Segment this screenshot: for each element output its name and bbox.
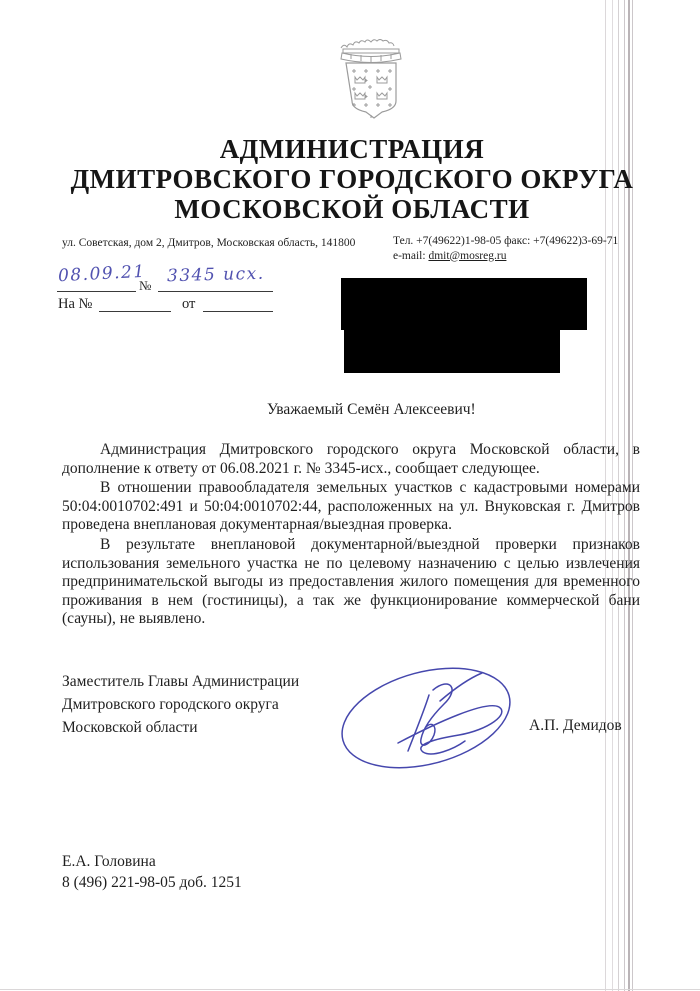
contact-block: Тел. +7(49622)1-98-05 факс: +7(49622)3-6… bbox=[393, 234, 643, 263]
handwritten-outgoing-number: 3345 исх. bbox=[167, 264, 265, 287]
letter-body: Администрация Дмитровского городского ок… bbox=[62, 441, 640, 630]
handwritten-signature bbox=[338, 663, 528, 785]
email-line: e-mail: dmit@mosreg.ru bbox=[393, 249, 643, 264]
in-reply-to-label: На № bbox=[58, 296, 92, 313]
in-reply-from-label: от bbox=[182, 296, 195, 313]
signer-position-line2: Дмитровского городского округа bbox=[62, 693, 299, 716]
paragraph-2: В отношении правообладателя земельных уч… bbox=[62, 479, 640, 535]
org-name-line1: АДМИНИСТРАЦИЯ bbox=[32, 134, 672, 164]
signer-name: А.П. Демидов bbox=[529, 717, 622, 735]
number-sign: № bbox=[139, 278, 151, 294]
org-name-line2: ДМИТРОВСКОГО ГОРОДСКОГО ОКРУГА bbox=[32, 164, 672, 194]
email-address: dmit@mosreg.ru bbox=[428, 250, 506, 262]
in-reply-date-underline bbox=[203, 310, 273, 312]
paragraph-1: Администрация Дмитровского городского ок… bbox=[62, 441, 640, 478]
in-reply-number-underline bbox=[99, 310, 171, 312]
date-underline bbox=[57, 290, 136, 292]
greeting-line: Уважаемый Семён Алексеевич! bbox=[267, 401, 476, 419]
executor-phone: 8 (496) 221-98-05 доб. 1251 bbox=[62, 873, 242, 894]
handwritten-date: 08.09.21 bbox=[58, 262, 147, 287]
postal-address: ул. Советская, дом 2, Дмитров, Московска… bbox=[62, 236, 392, 250]
signer-position: Заместитель Главы Администрации Дмитровс… bbox=[62, 670, 299, 739]
redaction-block-bottom bbox=[344, 330, 560, 373]
executor-name: Е.А. Головина bbox=[62, 852, 242, 873]
signer-position-line1: Заместитель Главы Администрации bbox=[62, 670, 299, 693]
org-name: АДМИНИСТРАЦИЯ ДМИТРОВСКОГО ГОРОДСКОГО ОК… bbox=[32, 134, 672, 224]
redaction-block-top bbox=[341, 278, 587, 330]
org-name-line3: МОСКОВСКОЙ ОБЛАСТИ bbox=[32, 194, 672, 224]
dmitrov-coat-of-arms-icon bbox=[333, 39, 409, 121]
executor-block: Е.А. Головина 8 (496) 221-98-05 доб. 125… bbox=[62, 852, 242, 893]
scan-bottom-edge bbox=[0, 989, 700, 990]
number-underline bbox=[158, 290, 273, 292]
email-label: e-mail: bbox=[393, 250, 428, 262]
phone-fax-line: Тел. +7(49622)1-98-05 факс: +7(49622)3-6… bbox=[393, 234, 643, 249]
signer-position-line3: Московской области bbox=[62, 716, 299, 739]
scanned-letter-page: АДМИНИСТРАЦИЯ ДМИТРОВСКОГО ГОРОДСКОГО ОК… bbox=[0, 0, 700, 991]
paragraph-3: В результате внеплановой документарной/в… bbox=[62, 536, 640, 629]
